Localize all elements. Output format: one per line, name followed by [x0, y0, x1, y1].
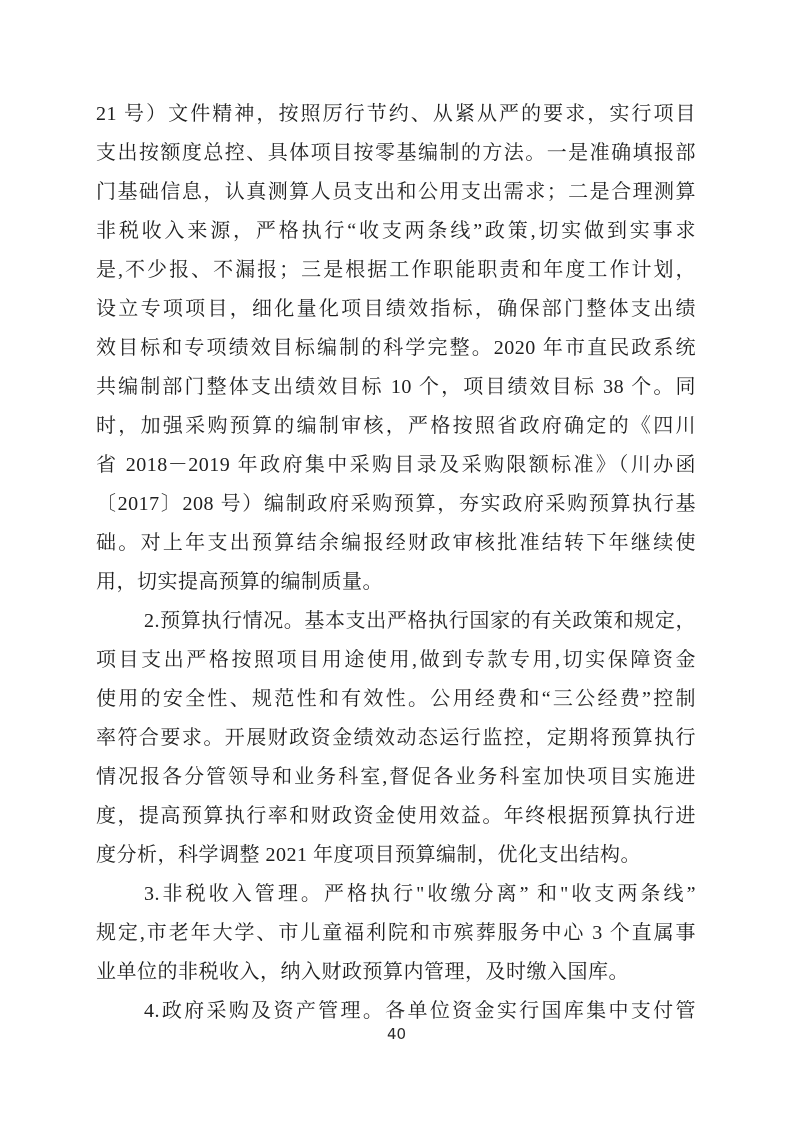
- text-line: 情况报各分管领导和业务科室,督促各业务科室加快项目实施进: [96, 758, 696, 797]
- document-page: 21 号）文件精神，按照厉行节约、从紧从严的要求，实行项目支出按额度总控、具体项…: [0, 0, 793, 1122]
- text-line: 是,不少报、不漏报；三是根据工作职能职责和年度工作计划，: [96, 251, 696, 290]
- text-line: 支出按额度总控、具体项目按零基编制的方法。一是准确填报部: [96, 134, 696, 173]
- document-body: 21 号）文件精神，按照厉行节约、从紧从严的要求，实行项目支出按额度总控、具体项…: [96, 95, 696, 1031]
- text-line: 使用的安全性、规范性和有效性。公用经费和“三公经费”控制: [96, 680, 696, 719]
- text-line: 设立专项项目，细化量化项目绩效指标，确保部门整体支出绩: [96, 290, 696, 329]
- text-line: 用，切实提高预算的编制质量。: [96, 563, 696, 602]
- text-line: 时，加强采购预算的编制审核，严格按照省政府确定的《四川: [96, 407, 696, 446]
- text-line: 项目支出严格按照项目用途使用,做到专款专用,切实保障资金: [96, 641, 696, 680]
- text-line: 21 号）文件精神，按照厉行节约、从紧从严的要求，实行项目: [96, 95, 696, 134]
- text-line: 门基础信息，认真测算人员支出和公用支出需求；二是合理测算: [96, 173, 696, 212]
- page-number: 40: [0, 1024, 793, 1044]
- text-line: 效目标和专项绩效目标编制的科学完整。2020 年市直民政系统: [96, 329, 696, 368]
- text-line: 3.非税收入管理。严格执行"收缴分离” 和"收支两条线”: [96, 875, 696, 914]
- text-line: 省 2018－2019 年政府集中采购目录及采购限额标准》（川办函: [96, 446, 696, 485]
- text-line: 规定,市老年大学、市儿童福利院和市殡葬服务中心 3 个直属事: [96, 914, 696, 953]
- text-line: 共编制部门整体支出绩效目标 10 个，项目绩效目标 38 个。同: [96, 368, 696, 407]
- text-line: 业单位的非税收入，纳入财政预算内管理，及时缴入国库。: [96, 953, 696, 992]
- text-line: 〔2017〕208 号）编制政府采购预算，夯实政府采购预算执行基: [96, 485, 696, 524]
- text-line: 度分析，科学调整 2021 年度项目预算编制，优化支出结构。: [96, 836, 696, 875]
- text-line: 础。对上年支出预算结余编报经财政审核批准结转下年继续使: [96, 524, 696, 563]
- text-line: 度，提高预算执行率和财政资金使用效益。年终根据预算执行进: [96, 797, 696, 836]
- text-line: 非税收入来源，严格执行“收支两条线”政策,切实做到实事求: [96, 212, 696, 251]
- text-line: 率符合要求。开展财政资金绩效动态运行监控，定期将预算执行: [96, 719, 696, 758]
- text-line: 2.预算执行情况。基本支出严格执行国家的有关政策和规定，: [96, 602, 696, 641]
